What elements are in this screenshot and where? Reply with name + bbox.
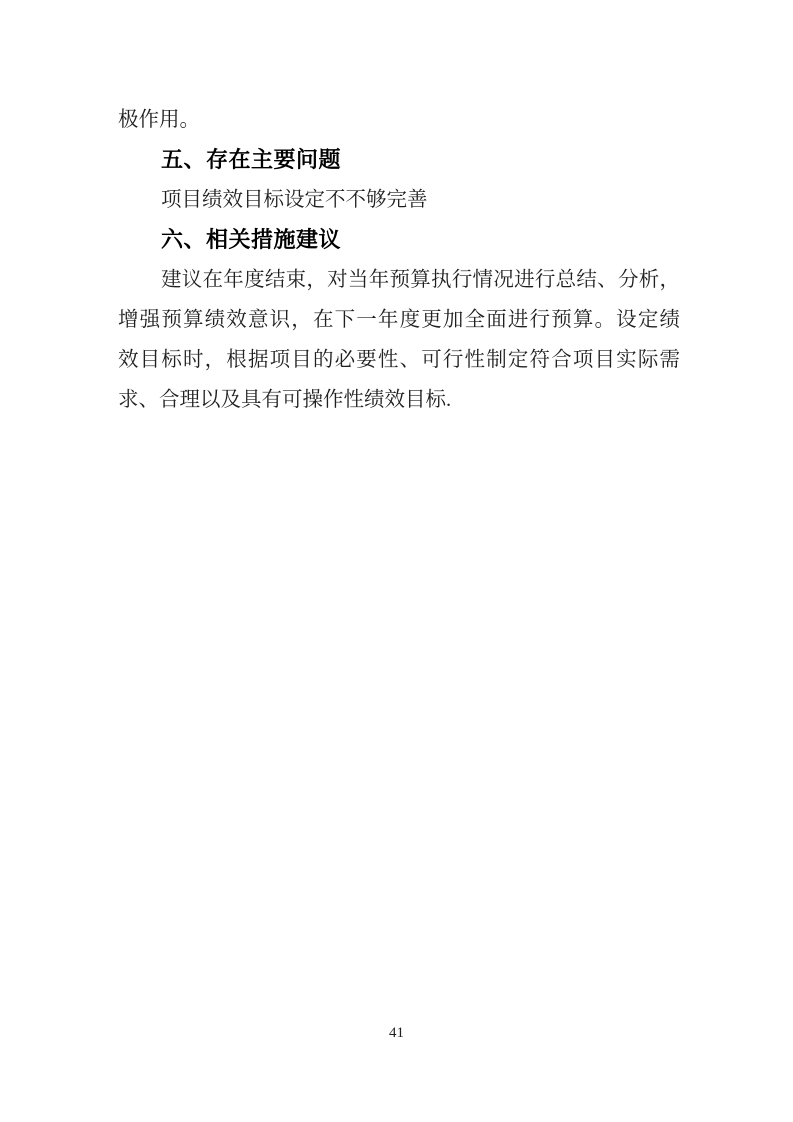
paragraph-line: 求、合理以及具有可操作性绩效目标. bbox=[118, 380, 680, 420]
section-6-paragraph: 建议在年度结束，对当年预算执行情况进行总结、分析， 增强预算绩效意识，在下一年度… bbox=[118, 260, 680, 420]
section-6-heading: 六、相关措施建议 bbox=[118, 220, 680, 260]
paragraph-line: 增强预算绩效意识，在下一年度更加全面进行预算。设定绩 bbox=[118, 300, 680, 340]
paragraph-line: 建议在年度结束，对当年预算执行情况进行总结、分析， bbox=[118, 260, 680, 300]
section-5-body-text: 项目绩效目标设定不不够完善 bbox=[118, 180, 680, 220]
section-5-heading: 五、存在主要问题 bbox=[118, 140, 680, 180]
continued-paragraph-text: 极作用。 bbox=[118, 100, 680, 140]
page-content: 极作用。 五、存在主要问题 项目绩效目标设定不不够完善 六、相关措施建议 建议在… bbox=[118, 100, 680, 420]
paragraph-line: 效目标时，根据项目的必要性、可行性制定符合项目实际需 bbox=[118, 340, 680, 380]
page-number: 41 bbox=[0, 1025, 793, 1042]
document-page: 极作用。 五、存在主要问题 项目绩效目标设定不不够完善 六、相关措施建议 建议在… bbox=[0, 0, 793, 1122]
